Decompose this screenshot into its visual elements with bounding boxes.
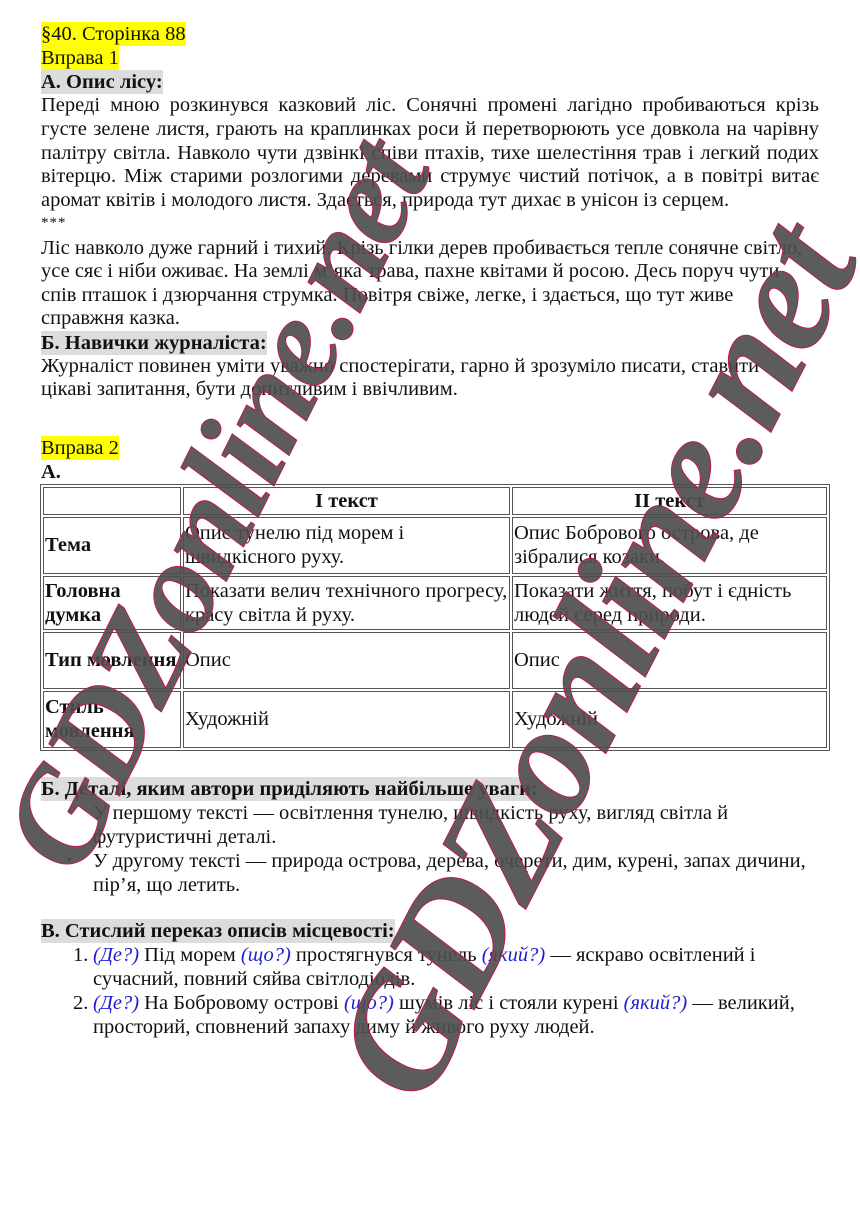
- question-what: (що?): [241, 944, 291, 966]
- table-header-text-2: ІІ текст: [512, 487, 827, 515]
- details-list: •У першому тексті — освітлення тунелю, ш…: [41, 801, 819, 897]
- exercise-1-part-a-heading: А. Опис лісу:: [41, 70, 163, 94]
- exercise-2-title: Вправа 2: [41, 436, 119, 460]
- comparison-table: І текст ІІ текст Тема Опис тунелю під мо…: [40, 484, 830, 751]
- table-row: Головна думка Показати велич технічного …: [43, 576, 827, 630]
- exercise-1-title: Вправа 1: [41, 46, 119, 70]
- cell-text-1: Опис: [183, 632, 510, 689]
- list-item: 1.(Де?) Під морем (що?) простягнувся тун…: [93, 943, 819, 991]
- list-item: •У першому тексті — освітлення тунелю, ш…: [93, 801, 819, 849]
- cell-text-2: Художній: [512, 691, 827, 748]
- cell-text-2: Опис Бобрового острова, де зібралися коз…: [512, 517, 827, 574]
- row-label: Тема: [43, 517, 181, 574]
- forest-description-paragraph: Переді мною розкинувся казковий ліс. Сон…: [41, 94, 819, 213]
- journalist-skills-paragraph: Журналіст повинен уміти уважно спостеріг…: [41, 355, 819, 402]
- section-title: §40. Сторінка 88: [41, 22, 186, 46]
- item-number: 2.: [73, 991, 88, 1015]
- question-where: (Де?): [93, 944, 139, 966]
- bullet-icon: •: [67, 849, 72, 873]
- row-label: Тип мовлення: [43, 632, 181, 689]
- item-number: 1.: [73, 943, 88, 967]
- row-label: Стиль мовлення: [43, 691, 181, 748]
- question-which: (який?): [482, 944, 546, 966]
- table-header-text-1: І текст: [183, 487, 510, 515]
- question-which: (який?): [624, 992, 688, 1014]
- question-where: (Де?): [93, 992, 139, 1014]
- cell-text-2: Показати життя, побут і єдність людей се…: [512, 576, 827, 630]
- cell-text-2: Опис: [512, 632, 827, 689]
- table-row: Тема Опис тунелю під морем і швидкісного…: [43, 517, 827, 574]
- table-row: Стиль мовлення Художній Художній: [43, 691, 827, 748]
- exercise-2-part-b-heading: Б. Деталі, яким автори приділяють найбіл…: [41, 777, 538, 801]
- cell-text-1: Показати велич технічного прогресу, крас…: [183, 576, 510, 630]
- exercise-1-part-b-heading: Б. Навички журналіста:: [41, 331, 267, 355]
- exercise-2-part-a-label: А.: [41, 460, 819, 484]
- exercise-2-part-c-heading: В. Стислий переказ описів місцевості:: [41, 919, 395, 943]
- table-header-row: І текст ІІ текст: [43, 487, 827, 515]
- forest-description-simple-paragraph: Ліс навколо дуже гарний і тихий. Крізь г…: [41, 237, 819, 331]
- document-page: §40. Сторінка 88 Вправа 1 А. Опис лісу: …: [41, 22, 819, 1039]
- table-header-empty: [43, 487, 181, 515]
- list-item: •У другому тексті — природа острова, дер…: [93, 849, 819, 897]
- list-item: 2.(Де?) На Бобровому острові (що?) шумів…: [93, 991, 819, 1039]
- question-what: (що?): [344, 992, 394, 1014]
- separator-stars: ***: [41, 213, 819, 233]
- row-label: Головна думка: [43, 576, 181, 630]
- table-row: Тип мовлення Опис Опис: [43, 632, 827, 689]
- cell-text-1: Художній: [183, 691, 510, 748]
- bullet-icon: •: [67, 801, 72, 825]
- cell-text-1: Опис тунелю під морем і швидкісного руху…: [183, 517, 510, 574]
- retelling-list: 1.(Де?) Під морем (що?) простягнувся тун…: [41, 943, 819, 1039]
